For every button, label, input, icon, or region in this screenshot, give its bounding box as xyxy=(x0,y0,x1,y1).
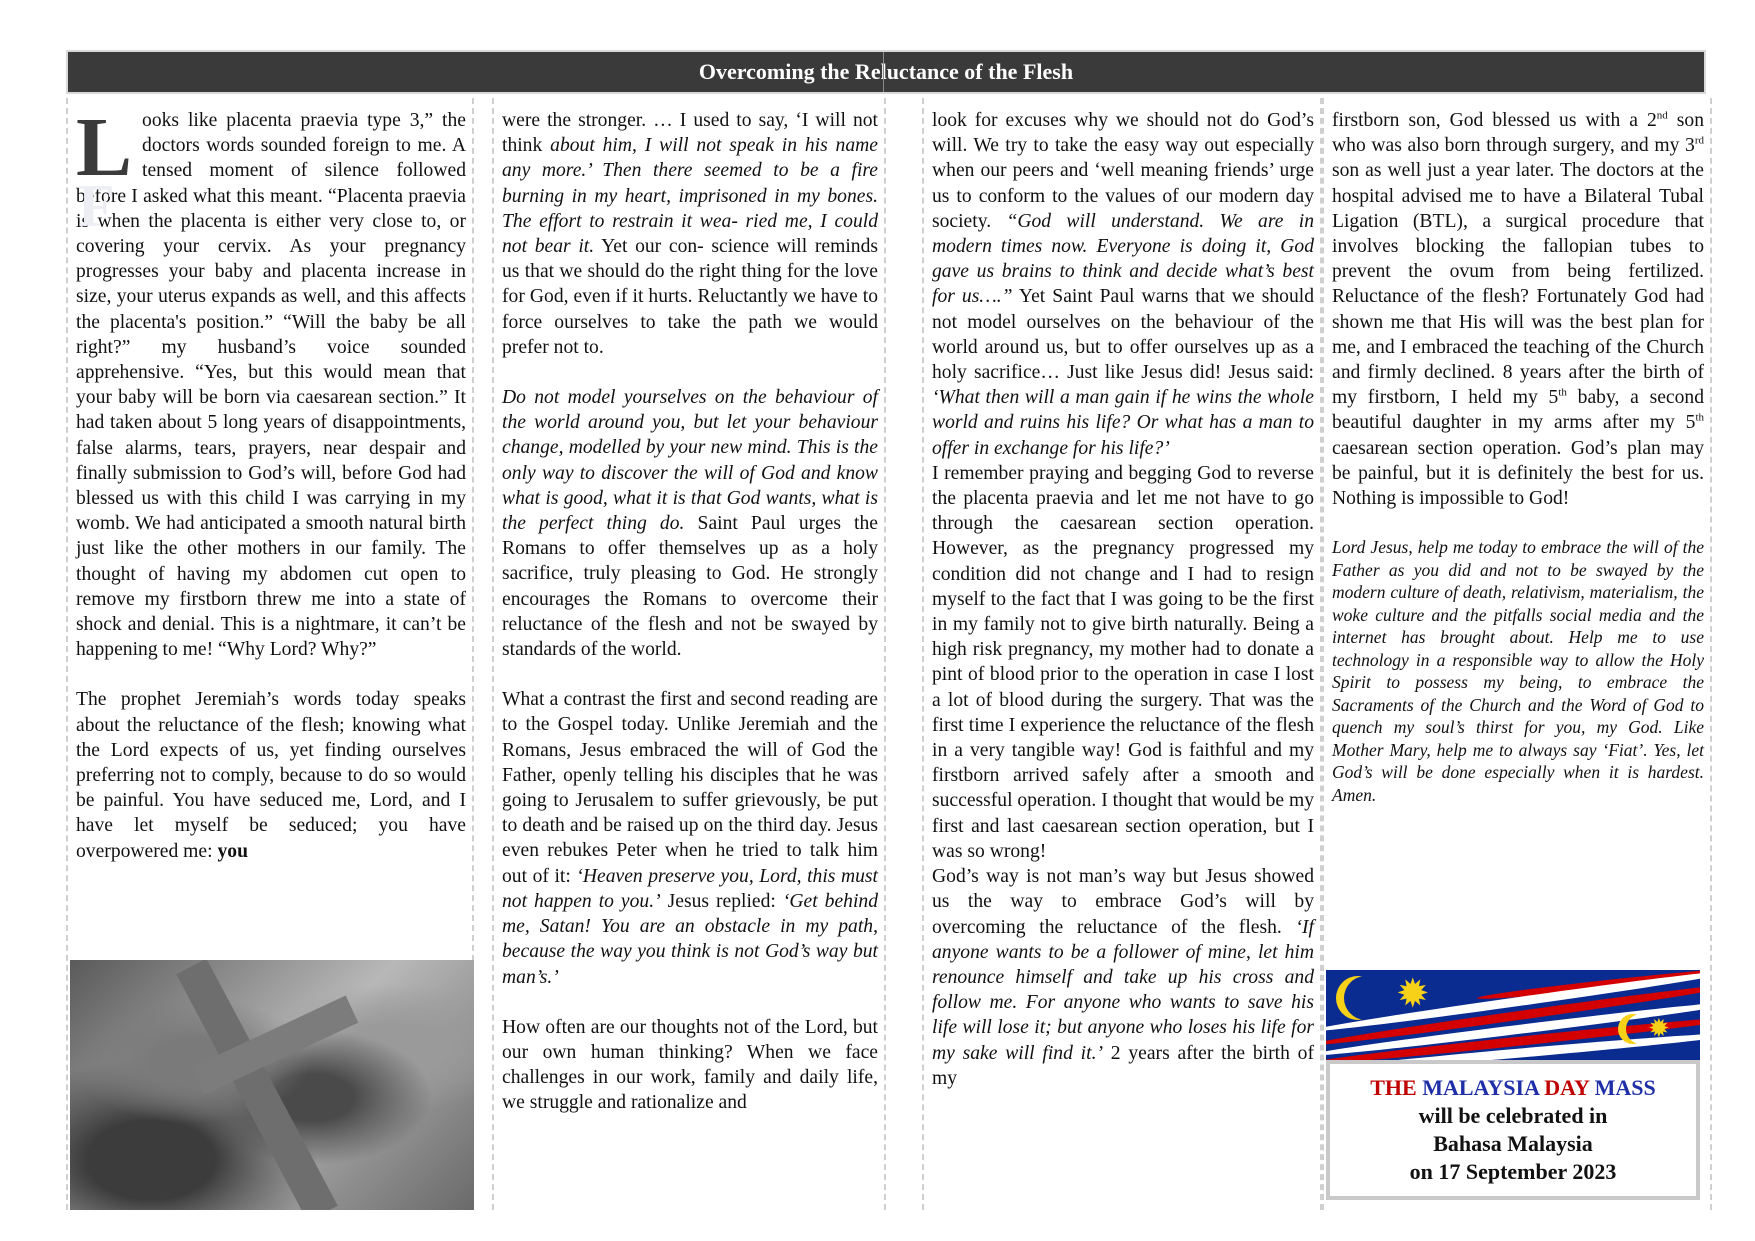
prayer-paragraph: Lord Jesus, help me today to embrace the… xyxy=(1332,536,1704,806)
notice-line: will be celebrated in xyxy=(1330,1102,1696,1130)
divider xyxy=(883,52,884,92)
page-banner: Overcoming the Reluctance of the Flesh xyxy=(66,50,1706,94)
drop-cap: LF xyxy=(76,114,132,182)
malaysia-day-mass-notice: THE MALAYSIA DAY MASS will be celebrated… xyxy=(1326,1060,1700,1200)
star-icon: ✹ xyxy=(1648,1014,1670,1044)
notice-line: Bahasa Malaysia xyxy=(1330,1130,1696,1158)
column-1: LFooks like placenta praevia type 3,” th… xyxy=(66,98,474,1210)
gospel-paragraph: What a contrast the first and second rea… xyxy=(502,687,878,989)
star-icon: ✹ xyxy=(1396,974,1430,1014)
children-paragraph: firstborn son, God blessed us with a 2nd… xyxy=(1332,108,1704,511)
jesus-carrying-cross-image xyxy=(70,960,474,1210)
malaysia-flag-image: ✹ ✹ xyxy=(1326,970,1700,1060)
notice-date: on 17 September 2023 xyxy=(1330,1158,1696,1186)
opening-paragraph: LFooks like placenta praevia type 3,” th… xyxy=(76,108,466,662)
excuses-paragraph: look for excuses why we should not do Go… xyxy=(932,108,1314,461)
notice-heading: THE MALAYSIA DAY MASS xyxy=(1330,1074,1696,1102)
page-title: Overcoming the Reluctance of the Flesh xyxy=(699,59,1073,84)
column-3: look for excuses why we should not do Go… xyxy=(922,98,1322,1210)
jeremiah-continued-paragraph: were the stronger. … I used to say, ‘I w… xyxy=(502,108,878,360)
romans-paragraph: Do not model yourselves on the behaviour… xyxy=(502,385,878,662)
gods-way-paragraph: God’s way is not man’s way but Jesus sho… xyxy=(932,864,1314,1091)
praying-paragraph: I remember praying and begging God to re… xyxy=(932,461,1314,864)
jeremiah-paragraph: The prophet Jeremiah’s words today speak… xyxy=(76,687,466,863)
reflection-paragraph: How often are our thoughts not of the Lo… xyxy=(502,1015,878,1116)
column-4: firstborn son, God blessed us with a 2nd… xyxy=(1322,98,1712,1210)
crescent-icon xyxy=(1344,976,1388,1020)
column-2: were the stronger. … I used to say, ‘I w… xyxy=(492,98,886,1210)
